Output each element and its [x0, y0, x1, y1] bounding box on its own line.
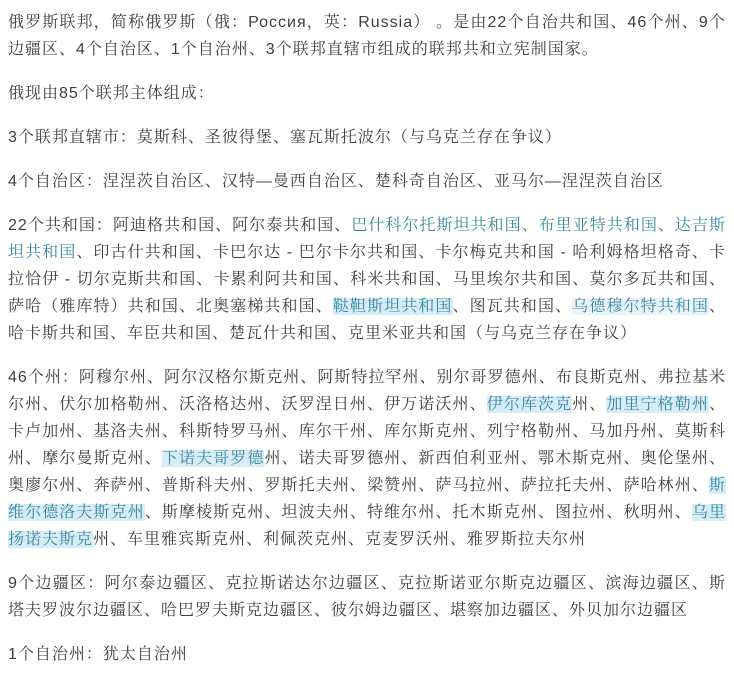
separator: 、	[658, 217, 675, 234]
paragraph-krais: 9个边疆区：阿尔泰边疆区、克拉斯诺达尔边疆区、克拉斯诺亚尔斯克边疆区、滨海边疆区…	[8, 570, 726, 624]
paragraph-republics: 22个共和国：阿迪格共和国、阿尔泰共和国、巴什科尔托斯坦共和国、布里亚特共和国、…	[8, 212, 726, 347]
paragraph-autonomous-okrugs: 4个自治区：涅涅茨自治区、汉特—曼西自治区、楚科奇自治区、亚马尔—涅涅茨自治区	[8, 168, 726, 195]
federal-cities-text: 3个联邦直辖市：莫斯科、圣彼得堡、塞瓦斯托波尔（与乌克兰存在争议）	[8, 129, 562, 146]
paragraph-subjects-count: 俄现由85个联邦主体组成：	[8, 80, 726, 107]
link-irkutsk-oblast[interactable]: 伊尔库茨克	[487, 396, 572, 413]
link-bashkortostan-republic[interactable]: 巴什科尔托斯坦共和国	[351, 217, 521, 234]
republics-text-middle-2: 、图瓦共和国、	[453, 298, 573, 315]
autonomous-oblast-text: 1个自治州：犹太自治州	[8, 646, 188, 663]
link-tatarstan-republic[interactable]: 鞑靼斯坦共和国	[333, 298, 453, 315]
intro-text: 俄罗斯联邦，简称俄罗斯（俄：Россия，英：Russia） 。是由22个自治共…	[8, 14, 726, 58]
separator: 、	[522, 217, 539, 234]
subjects-count-text: 俄现由85个联邦主体组成：	[8, 85, 215, 102]
oblasts-text-5: 、斯摩棱斯克州、坦波夫州、特维尔州、托木斯克州、图拉州、秋明州、	[145, 504, 692, 521]
link-kaliningrad-oblast[interactable]: 加里宁格勒州	[606, 396, 709, 413]
autonomous-okrugs-text: 4个自治区：涅涅茨自治区、汉特—曼西自治区、楚科奇自治区、亚马尔—涅涅茨自治区	[8, 173, 664, 190]
krais-text: 9个边疆区：阿尔泰边疆区、克拉斯诺达尔边疆区、克拉斯诺亚尔斯克边疆区、滨海边疆区…	[8, 575, 726, 619]
link-udmurtia-republic[interactable]: 乌德穆尔特共和国	[572, 298, 709, 315]
oblasts-text-tail: 州、车里雅宾斯克州、利佩茨克州、克麦罗沃州、雅罗斯拉夫尔州	[93, 531, 586, 548]
paragraph-intro: 俄罗斯联邦，简称俄罗斯（俄：Россия，英：Russia） 。是由22个自治共…	[8, 9, 726, 63]
oblasts-text-2: 州、	[572, 396, 606, 413]
republics-text-lead: 22个共和国：阿迪格共和国、阿尔泰共和国、	[8, 217, 351, 234]
article-body: 俄罗斯联邦，简称俄罗斯（俄：Россия，英：Russia） 。是由22个自治共…	[0, 0, 734, 679]
link-buryatia-republic[interactable]: 布里亚特共和国	[539, 217, 658, 234]
paragraph-autonomous-oblast: 1个自治州：犹太自治州	[8, 641, 726, 668]
paragraph-federal-cities: 3个联邦直辖市：莫斯科、圣彼得堡、塞瓦斯托波尔（与乌克兰存在争议）	[8, 124, 726, 151]
link-nizhny-novgorod-oblast[interactable]: 下诺夫哥罗德	[162, 450, 265, 467]
paragraph-oblasts: 46个州：阿穆尔州、阿尔汉格尔斯克州、阿斯特拉罕州、别尔哥罗德州、布良斯克州、弗…	[8, 364, 726, 553]
